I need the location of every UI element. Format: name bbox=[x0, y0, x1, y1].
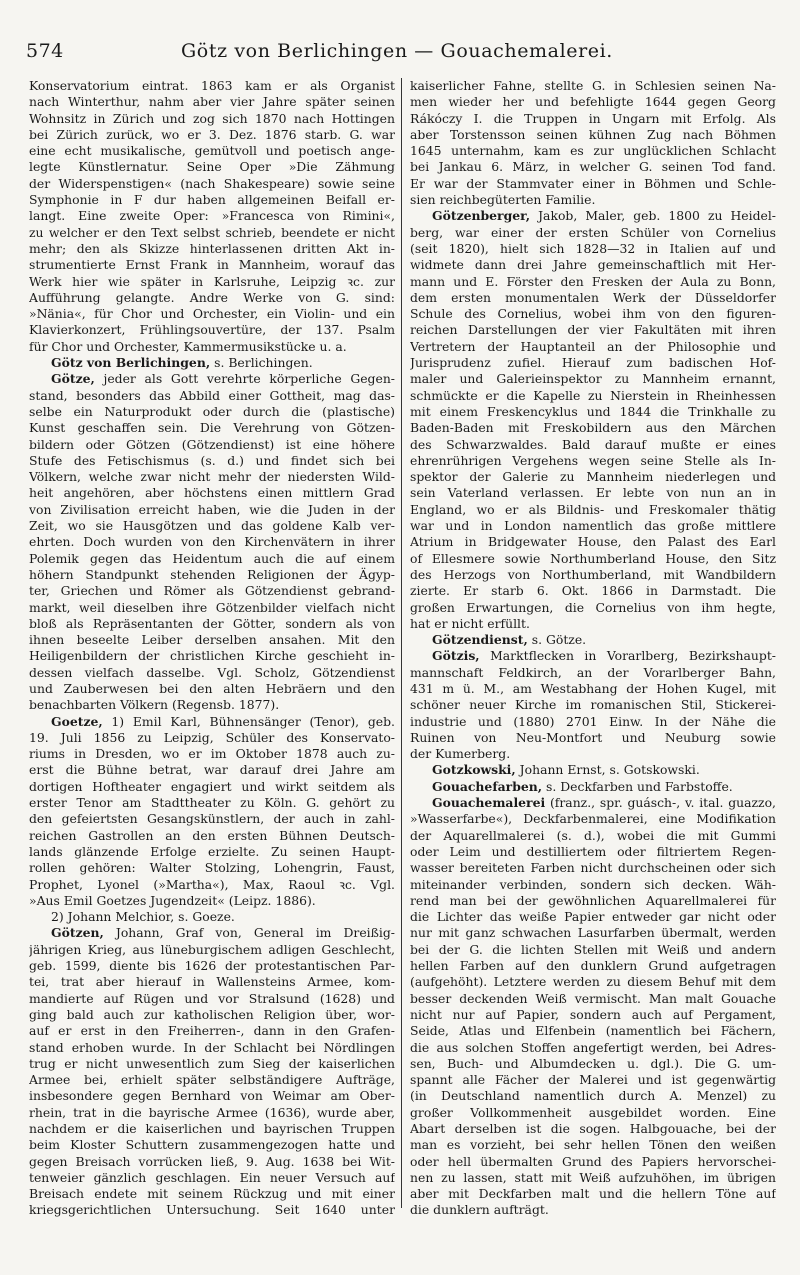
text-line: schmückte er die Kapelle zu Nierstein in… bbox=[410, 388, 776, 404]
line-text: trug er nicht unwesentlich zum Sieg der … bbox=[29, 1056, 395, 1071]
line-text: tenweier gänzlich geschlagen. Ein neuer … bbox=[29, 1170, 395, 1185]
line-text: höhern Standpunkt stehenden Religionen d… bbox=[29, 567, 395, 582]
line-text: of Ellesmere sowie Northumberland House,… bbox=[410, 551, 776, 566]
line-text: Breisach endete mit seinem Rückzug und m… bbox=[29, 1186, 395, 1201]
text-line: ging bald auch zur katholischen Religion… bbox=[29, 1007, 395, 1023]
line-text: gegen Breisach vorrücken ließ, 9. Aug. 1… bbox=[29, 1154, 395, 1169]
line-text: Kunst geschaffen sein. Die Verehrung von… bbox=[29, 420, 395, 435]
line-text: bei Zürich zurück, wo er 3. Dez. 1876 st… bbox=[29, 127, 395, 142]
line-text: benachbarten Völkern (Regensb. 1877). bbox=[29, 697, 279, 712]
text-line: eine echt musikalische, gemütvoll und po… bbox=[29, 143, 395, 159]
line-text: lands glänzende Erfolge erzielte. Zu sei… bbox=[29, 844, 395, 859]
text-line: tei, trat aber hierauf in Wallensteins A… bbox=[29, 974, 395, 990]
line-text: Prophet, Lyonel (»Martha«), Max, Raoul ꝛ… bbox=[29, 877, 395, 892]
line-text: nur mit ganz schwachen Lasurfarben überm… bbox=[410, 925, 776, 940]
text-line: nen zu lassen, statt mit Weiß aufzuhöhen… bbox=[410, 1170, 776, 1186]
line-text: s. Götze. bbox=[528, 632, 586, 647]
text-line: großen Erwartungen, die Cornelius von ih… bbox=[410, 600, 776, 616]
entry-headword: Götzis, bbox=[432, 648, 480, 663]
line-text: Konservatorium eintrat. 1863 kam er als … bbox=[29, 78, 395, 93]
line-text: Symphonie in F dur haben allgemeinen Bei… bbox=[29, 192, 395, 207]
line-text: ehrten. Doch wurden von den Kirchenväter… bbox=[29, 534, 395, 549]
line-text: Wohnsitz in Zürich und zog sich 1870 nac… bbox=[29, 111, 395, 126]
line-text: (aufgehöht). Letztere werden zu diesem B… bbox=[410, 974, 776, 989]
text-line: aber Torstensson seinen kühnen Zug nach … bbox=[410, 127, 776, 143]
line-text: auf er erst in den Freiherren-, dann in … bbox=[29, 1023, 395, 1038]
text-line: 19. Juli 1856 zu Leipzig, Schüler des Ko… bbox=[29, 730, 395, 746]
text-line: Rákóczy I. die Truppen in Ungarn mit Erf… bbox=[410, 111, 776, 127]
line-text: insbesondere gegen Bernhard von Weimar a… bbox=[29, 1088, 395, 1103]
text-line: 2) Johann Melchior, s. Goeze. bbox=[29, 909, 395, 925]
line-text: mannschaft Feldkirch, an der Vorarlberge… bbox=[410, 665, 776, 680]
line-text: bildern oder Götzen (Götzendienst) ist e… bbox=[29, 437, 395, 452]
line-text: heit angehören, aber höchstens einen mit… bbox=[29, 485, 395, 500]
text-line: zu welcher er den Text selbst schrieb, b… bbox=[29, 225, 395, 241]
entry-headword: Götzenberger, bbox=[432, 208, 530, 223]
text-line: lands glänzende Erfolge erzielte. Zu sei… bbox=[29, 844, 395, 860]
line-text: den gefeiertsten Gesangskünstlern, der a… bbox=[29, 811, 395, 826]
text-line: men wieder her und befehligte 1644 gegen… bbox=[410, 94, 776, 110]
text-line: riums in Dresden, wo er im Oktober 1878 … bbox=[29, 746, 395, 762]
text-line: England, wo er als Bildnis- und Freskoma… bbox=[410, 502, 776, 518]
text-line: die Lichter das weiße Papier entweder ga… bbox=[410, 909, 776, 925]
line-text: 1645 unternahm, kam es zur unglücklichen… bbox=[410, 143, 776, 158]
line-text: großer Vollkommenheit ausgebildet worden… bbox=[410, 1105, 776, 1120]
text-line: dessen vielfach dasselbe. Vgl. Scholz, G… bbox=[29, 665, 395, 681]
text-line: Kunst geschaffen sein. Die Verehrung von… bbox=[29, 420, 395, 436]
text-line: »Wasserfarbe«), Deckfarbenmalerei, eine … bbox=[410, 811, 776, 827]
text-line: berg, war einer der ersten Schüler von C… bbox=[410, 225, 776, 241]
line-text: s. Berlichingen. bbox=[210, 355, 313, 370]
line-text: war und in London namentlich das große m… bbox=[410, 518, 776, 533]
text-line: höhern Standpunkt stehenden Religionen d… bbox=[29, 567, 395, 583]
line-text: Abart derselben ist die sogen. Halbgouac… bbox=[410, 1121, 776, 1136]
text-line: mandierte auf Rügen und vor Stralsund (1… bbox=[29, 991, 395, 1007]
text-line: mannschaft Feldkirch, an der Vorarlberge… bbox=[410, 665, 776, 681]
line-text: Johann Ernst, s. Gotskowski. bbox=[516, 762, 700, 777]
line-text: »Nänia«, für Chor und Orchester, ein Vio… bbox=[29, 306, 395, 321]
line-text: aber mit Deckfarben malt und die hellern… bbox=[410, 1186, 776, 1201]
text-line: stand, besonders das Abbild einer Gotthe… bbox=[29, 388, 395, 404]
text-line: Zeit, wo sie Hausgötzen und das goldene … bbox=[29, 518, 395, 534]
line-text: jeder als Gott verehrte körperliche Gege… bbox=[95, 371, 395, 386]
text-line: der Kumerberg. bbox=[410, 746, 776, 762]
text-line: war und in London namentlich das große m… bbox=[410, 518, 776, 534]
line-text: bloß als Repräsentanten der Götter, sond… bbox=[29, 616, 395, 631]
line-text: sien reichbegüterten Familie. bbox=[410, 192, 595, 207]
line-text: spektor der Galerie zu Mannheim niederle… bbox=[410, 469, 776, 484]
line-text: England, wo er als Bildnis- und Freskoma… bbox=[410, 502, 776, 517]
text-line: ihnen beseelte Leiber derselben ansahen.… bbox=[29, 632, 395, 648]
line-text: miteinander verbinden, sondern sich deck… bbox=[410, 877, 776, 892]
line-text: besser deckenden Weiß vermischt. Man mal… bbox=[410, 991, 776, 1006]
line-text: tei, trat aber hierauf in Wallensteins A… bbox=[29, 974, 395, 989]
line-text: aber Torstensson seinen kühnen Zug nach … bbox=[410, 127, 776, 142]
line-text: »Aus Emil Goetzes Jugendzeit« (Leipz. 18… bbox=[29, 893, 316, 908]
line-text: riums in Dresden, wo er im Oktober 1878 … bbox=[29, 746, 395, 761]
line-text: schöner neuer Kirche im romanischen Stil… bbox=[410, 697, 776, 712]
text-line: reichen Darstellungen der vier Fakultäte… bbox=[410, 322, 776, 338]
line-text: »Wasserfarbe«), Deckfarbenmalerei, eine … bbox=[410, 811, 776, 826]
text-line: Seide, Atlas und Elfenbein (namentlich b… bbox=[410, 1023, 776, 1039]
text-line: Ruinen von Neu-Montfort und Neuburg sowi… bbox=[410, 730, 776, 746]
text-line: spannt alle Fächer der Malerei und ist g… bbox=[410, 1072, 776, 1088]
text-line: 1645 unternahm, kam es zur unglücklichen… bbox=[410, 143, 776, 159]
line-text: 2) Johann Melchior, s. Goeze. bbox=[51, 909, 235, 924]
text-line: bei der G. die lichten Stellen mit Weiß … bbox=[410, 942, 776, 958]
text-line: insbesondere gegen Bernhard von Weimar a… bbox=[29, 1088, 395, 1104]
text-line: (aufgehöht). Letztere werden zu diesem B… bbox=[410, 974, 776, 990]
line-text: ehrenrührigen Vergehens wegen seine Stel… bbox=[410, 453, 776, 468]
line-text: zierte. Er starb 6. Okt. 1866 in Darmsta… bbox=[410, 583, 776, 598]
line-text: Ruinen von Neu-Montfort und Neuburg sowi… bbox=[410, 730, 776, 745]
entry-line: Gouachefarben, s. Deckfarben und Farbsto… bbox=[410, 779, 776, 795]
entry-line: Götz von Berlichingen, s. Berlichingen. bbox=[29, 355, 395, 371]
text-line: Symphonie in F dur haben allgemeinen Bei… bbox=[29, 192, 395, 208]
text-line: beim Kloster Schuttern zusammengezogen h… bbox=[29, 1137, 395, 1153]
text-line: trug er nicht unwesentlich zum Sieg der … bbox=[29, 1056, 395, 1072]
line-text: ging bald auch zur katholischen Religion… bbox=[29, 1007, 395, 1022]
entry-headword: Götz von Berlichingen, bbox=[51, 355, 210, 370]
entry-line: Götzis, Marktflecken in Vorarlberg, Bezi… bbox=[410, 648, 776, 664]
text-line: von Zivilisation erreicht haben, wie die… bbox=[29, 502, 395, 518]
text-line: Werk hier wie später in Karlsruhe, Leipz… bbox=[29, 274, 395, 290]
line-text: der Widerspenstigen« (nach Shakespeare) … bbox=[29, 176, 395, 191]
line-text: reichen Darstellungen der vier Fakultäte… bbox=[410, 322, 776, 337]
text-line: die dunklern aufträgt. bbox=[410, 1202, 776, 1218]
text-line: Konservatorium eintrat. 1863 kam er als … bbox=[29, 78, 395, 94]
line-text: (in Deutschland namentlich durch A. Menz… bbox=[410, 1088, 776, 1103]
text-line: Völkern, welche zwar nicht mehr der nied… bbox=[29, 469, 395, 485]
line-text: sen, Buch- und Albumdecken u. dgl.). Die… bbox=[410, 1056, 776, 1071]
line-text: reichen Gastrollen an den ersten Bühnen … bbox=[29, 828, 395, 843]
line-text: Er war der Stammvater einer in Böhmen un… bbox=[410, 176, 776, 191]
entry-line: Gouachemalerei (franz., spr. guásch-, v.… bbox=[410, 795, 776, 811]
line-text: Klavierkonzert, Frühlingsouvertüre, der … bbox=[29, 322, 395, 337]
text-line: wasser bereiteten Farben nicht durchsche… bbox=[410, 860, 776, 876]
line-text: s. Deckfarben und Farbstoffe. bbox=[542, 779, 733, 794]
entry-headword: Götzendienst, bbox=[432, 632, 528, 647]
text-line: mann und E. Förster den Fresken der Aula… bbox=[410, 274, 776, 290]
line-text: Zeit, wo sie Hausgötzen und das goldene … bbox=[29, 518, 395, 533]
text-line: reichen Gastrollen an den ersten Bühnen … bbox=[29, 828, 395, 844]
line-text: Baden-Baden mit Freskobildern aus den Mä… bbox=[410, 420, 776, 435]
line-text: 1) Emil Karl, Bühnensänger (Tenor), geb. bbox=[103, 714, 395, 729]
text-line: Prophet, Lyonel (»Martha«), Max, Raoul ꝛ… bbox=[29, 877, 395, 893]
text-line: benachbarten Völkern (Regensb. 1877). bbox=[29, 697, 395, 713]
line-text: der Aquarellmalerei (s. d.), wobei die m… bbox=[410, 828, 776, 843]
line-text: Stufe des Fetischismus (s. d.) und finde… bbox=[29, 453, 395, 468]
line-text: Jurisprudenz zufiel. Hierauf zum badisch… bbox=[410, 355, 776, 370]
line-text: rhein, trat in die bayrische Armee (1636… bbox=[29, 1105, 395, 1120]
text-line: man es vorzieht, bei sehr hellen Tönen d… bbox=[410, 1137, 776, 1153]
line-text: Aufführung gelangte. Andre Werke von G. … bbox=[29, 290, 395, 305]
text-line: of Ellesmere sowie Northumberland House,… bbox=[410, 551, 776, 567]
text-line: erst die Bühne betrat, war darauf drei J… bbox=[29, 762, 395, 778]
text-line: industrie und (1880) 2701 Einw. In der N… bbox=[410, 714, 776, 730]
line-text: nen zu lassen, statt mit Weiß aufzuhöhen… bbox=[410, 1170, 776, 1185]
text-line: langt. Eine zweite Oper: »Francesca von … bbox=[29, 208, 395, 224]
text-line: ehrenrührigen Vergehens wegen seine Stel… bbox=[410, 453, 776, 469]
text-line: des Schwarzwaldes. Bald darauf mußte er … bbox=[410, 437, 776, 453]
line-text: kriegsgerichtlichen Untersuchung. Seit 1… bbox=[29, 1202, 395, 1217]
text-line: besser deckenden Weiß vermischt. Man mal… bbox=[410, 991, 776, 1007]
line-text: rollen gehören: Walter Stolzing, Lohengr… bbox=[29, 860, 395, 875]
text-line: spektor der Galerie zu Mannheim niederle… bbox=[410, 469, 776, 485]
text-line: legte Künstlernatur. Seine Oper »Die Zäh… bbox=[29, 159, 395, 175]
line-text: dortigen Hoftheater engagiert und wirkt … bbox=[29, 779, 395, 794]
line-text: selbe ein Naturprodukt oder durch die (p… bbox=[29, 404, 395, 419]
line-text: men wieder her und befehligte 1644 gegen… bbox=[410, 94, 776, 109]
line-text: Seide, Atlas und Elfenbein (namentlich b… bbox=[410, 1023, 776, 1038]
text-line: Vertretern der Hauptanteil an der Philos… bbox=[410, 339, 776, 355]
text-line: sen, Buch- und Albumdecken u. dgl.). Die… bbox=[410, 1056, 776, 1072]
text-line: sein Vaterland verlassen. Er lebte von n… bbox=[410, 485, 776, 501]
line-text: (seit 1820), hielt sich 1828—32 in Itali… bbox=[410, 241, 776, 256]
line-text: Völkern, welche zwar nicht mehr der nied… bbox=[29, 469, 395, 484]
text-line: geb. 1599, diente bis 1626 der protestan… bbox=[29, 958, 395, 974]
text-line: Abart derselben ist die sogen. Halbgouac… bbox=[410, 1121, 776, 1137]
text-line: mit einem Freskencyklus und 1844 die Tri… bbox=[410, 404, 776, 420]
text-line: widmete dann drei Jahre gemeinschaftlich… bbox=[410, 257, 776, 273]
line-text: eine echt musikalische, gemütvoll und po… bbox=[29, 143, 395, 158]
line-text: erster Tenor am Stadttheater zu Köln. G.… bbox=[29, 795, 395, 810]
line-text: des Herzogs von Northumberland, mit Wand… bbox=[410, 567, 776, 582]
text-line: hellen Farben auf den dunklern Grund auf… bbox=[410, 958, 776, 974]
text-line: 431 m ü. M., am Westabhang der Hohen Kug… bbox=[410, 681, 776, 697]
page-header: 574 Götz von Berlichingen — Gouachemaler… bbox=[26, 40, 768, 64]
line-text: 19. Juli 1856 zu Leipzig, Schüler des Ko… bbox=[29, 730, 395, 745]
text-line: nicht nur auf Papier, sondern auch auf P… bbox=[410, 1007, 776, 1023]
encyclopedia-page: 574 Götz von Berlichingen — Gouachemaler… bbox=[0, 0, 800, 1275]
line-text: wasser bereiteten Farben nicht durchsche… bbox=[410, 860, 776, 875]
line-text: Rákóczy I. die Truppen in Ungarn mit Erf… bbox=[410, 111, 776, 126]
text-line: kriegsgerichtlichen Untersuchung. Seit 1… bbox=[29, 1202, 395, 1218]
line-text: maler und Galerieinspektor zu Mannheim e… bbox=[410, 371, 776, 386]
text-line: »Nänia«, für Chor und Orchester, ein Vio… bbox=[29, 306, 395, 322]
text-line: Heiligenbildern der christlichen Kirche … bbox=[29, 648, 395, 664]
line-text: geb. 1599, diente bis 1626 der protestan… bbox=[29, 958, 395, 973]
text-line: Jurisprudenz zufiel. Hierauf zum badisch… bbox=[410, 355, 776, 371]
line-text: zu welcher er den Text selbst schrieb, b… bbox=[29, 225, 395, 240]
line-text: mann und E. Förster den Fresken der Aula… bbox=[410, 274, 776, 289]
entry-headword: Götzen, bbox=[51, 925, 104, 940]
line-text: des Schwarzwaldes. Bald darauf mußte er … bbox=[410, 437, 776, 452]
line-text: dem ersten monumentalen Werk der Düsseld… bbox=[410, 290, 776, 305]
text-line: Klavierkonzert, Frühlingsouvertüre, der … bbox=[29, 322, 395, 338]
line-text: Heiligenbildern der christlichen Kirche … bbox=[29, 648, 395, 663]
text-line: Er war der Stammvater einer in Böhmen un… bbox=[410, 176, 776, 192]
line-text: strumentierte Ernst Frank in Mannheim, w… bbox=[29, 257, 395, 272]
entry-headword: Gouachemalerei bbox=[432, 795, 545, 810]
entry-line: Götzen, Johann, Graf von, General im Dre… bbox=[29, 925, 395, 941]
text-line: Aufführung gelangte. Andre Werke von G. … bbox=[29, 290, 395, 306]
line-text: Werk hier wie später in Karlsruhe, Leipz… bbox=[29, 274, 395, 289]
line-text: mehr; den als Skizze hinterlassenen drit… bbox=[29, 241, 395, 256]
line-text: widmete dann drei Jahre gemeinschaftlich… bbox=[410, 257, 776, 272]
entry-headword: Gotzkowski, bbox=[432, 762, 516, 777]
text-line: Stufe des Fetischismus (s. d.) und finde… bbox=[29, 453, 395, 469]
text-line: dortigen Hoftheater engagiert und wirkt … bbox=[29, 779, 395, 795]
text-line: Baden-Baden mit Freskobildern aus den Mä… bbox=[410, 420, 776, 436]
line-text: ihnen beseelte Leiber derselben ansahen.… bbox=[29, 632, 395, 647]
line-text: schmückte er die Kapelle zu Nierstein in… bbox=[410, 388, 776, 403]
entry-line: Götzendienst, s. Götze. bbox=[410, 632, 776, 648]
text-line: oder Leim und destilliertem oder filtrie… bbox=[410, 844, 776, 860]
text-line: jährigen Krieg, aus lüneburgischem adlig… bbox=[29, 942, 395, 958]
right-column: kaiserlicher Fahne, stellte G. in Schles… bbox=[410, 78, 776, 1219]
line-text: 431 m ü. M., am Westabhang der Hohen Kug… bbox=[410, 681, 776, 696]
line-text: sein Vaterland verlassen. Er lebte von n… bbox=[410, 485, 776, 500]
text-line: ehrten. Doch wurden von den Kirchenväter… bbox=[29, 534, 395, 550]
line-text: Vertretern der Hauptanteil an der Philos… bbox=[410, 339, 776, 354]
line-text: berg, war einer der ersten Schüler von C… bbox=[410, 225, 776, 240]
line-text: hellen Farben auf den dunklern Grund auf… bbox=[410, 958, 776, 973]
text-line: sien reichbegüterten Familie. bbox=[410, 192, 776, 208]
line-text: von Zivilisation erreicht haben, wie die… bbox=[29, 502, 395, 517]
text-line: ter, Griechen und Römer als Götzendienst… bbox=[29, 583, 395, 599]
line-text: markt, weil dieselben ihre Götzenbilder … bbox=[29, 600, 395, 615]
text-line: rollen gehören: Walter Stolzing, Lohengr… bbox=[29, 860, 395, 876]
text-line: (seit 1820), hielt sich 1828—32 in Itali… bbox=[410, 241, 776, 257]
line-text: die aus solchen Stoffen angefertigt werd… bbox=[410, 1040, 776, 1055]
text-line: nur mit ganz schwachen Lasurfarben überm… bbox=[410, 925, 776, 941]
line-text: für Chor und Orchester, Kammermusikstück… bbox=[29, 339, 347, 354]
line-text: beim Kloster Schuttern zusammengezogen h… bbox=[29, 1137, 395, 1152]
line-text: spannt alle Fächer der Malerei und ist g… bbox=[410, 1072, 776, 1087]
line-text: (franz., spr. guásch-, v. ital. guazzo, bbox=[545, 795, 776, 810]
line-text: bei der G. die lichten Stellen mit Weiß … bbox=[410, 942, 776, 957]
text-line: miteinander verbinden, sondern sich deck… bbox=[410, 877, 776, 893]
line-text: Marktflecken in Vorarlberg, Bezirkshaupt… bbox=[480, 648, 776, 663]
text-line: Schule des Cornelius, wobei ihm von den … bbox=[410, 306, 776, 322]
text-line: Armee bei, erhielt später selbständigere… bbox=[29, 1072, 395, 1088]
text-line: »Aus Emil Goetzes Jugendzeit« (Leipz. 18… bbox=[29, 893, 395, 909]
text-line: stand erhoben wurde. In der Schlacht bei… bbox=[29, 1040, 395, 1056]
column-divider bbox=[401, 78, 402, 1208]
text-line: bei Jankau 6. März, in welcher G. seinen… bbox=[410, 159, 776, 175]
text-line: Polemik gegen das Heidentum auch die auf… bbox=[29, 551, 395, 567]
line-text: großen Erwartungen, die Cornelius von ih… bbox=[410, 600, 776, 615]
text-line: des Herzogs von Northumberland, mit Wand… bbox=[410, 567, 776, 583]
text-line: der Widerspenstigen« (nach Shakespeare) … bbox=[29, 176, 395, 192]
text-line: (in Deutschland namentlich durch A. Menz… bbox=[410, 1088, 776, 1104]
line-text: oder Leim und destilliertem oder filtrie… bbox=[410, 844, 776, 859]
line-text: Polemik gegen das Heidentum auch die auf… bbox=[29, 551, 395, 566]
line-text: Armee bei, erhielt später selbständigere… bbox=[29, 1072, 395, 1087]
text-line: strumentierte Ernst Frank in Mannheim, w… bbox=[29, 257, 395, 273]
text-line: auf er erst in den Freiherren-, dann in … bbox=[29, 1023, 395, 1039]
left-column: Konservatorium eintrat. 1863 kam er als … bbox=[29, 78, 395, 1219]
text-line: bei Zürich zurück, wo er 3. Dez. 1876 st… bbox=[29, 127, 395, 143]
text-line: den gefeiertsten Gesangskünstlern, der a… bbox=[29, 811, 395, 827]
line-text: Atrium in Bridgewater House, den Palast … bbox=[410, 534, 776, 549]
line-text: hat er nicht erfüllt. bbox=[410, 616, 530, 631]
text-line: dem ersten monumentalen Werk der Düsseld… bbox=[410, 290, 776, 306]
text-line: nachdem er die kaiserlichen und bayrisch… bbox=[29, 1121, 395, 1137]
text-line: selbe ein Naturprodukt oder durch die (p… bbox=[29, 404, 395, 420]
text-line: aber mit Deckfarben malt und die hellern… bbox=[410, 1186, 776, 1202]
text-line: und Zauberwesen bei den alten Hebräern u… bbox=[29, 681, 395, 697]
line-text: mandierte auf Rügen und vor Stralsund (1… bbox=[29, 991, 395, 1006]
line-text: kaiserlicher Fahne, stellte G. in Schles… bbox=[410, 78, 776, 93]
text-line: großer Vollkommenheit ausgebildet worden… bbox=[410, 1105, 776, 1121]
line-text: mit einem Freskencyklus und 1844 die Tri… bbox=[410, 404, 776, 419]
line-text: rend man bei der gewöhnlichen Aquarellma… bbox=[410, 893, 776, 908]
line-text: Johann, Graf von, General im Dreißig- bbox=[104, 925, 395, 940]
line-text: jährigen Krieg, aus lüneburgischem adlig… bbox=[29, 942, 395, 957]
text-line: für Chor und Orchester, Kammermusikstück… bbox=[29, 339, 395, 355]
text-line: zierte. Er starb 6. Okt. 1866 in Darmsta… bbox=[410, 583, 776, 599]
line-text: legte Künstlernatur. Seine Oper »Die Zäh… bbox=[29, 159, 395, 174]
entry-headword: Goetze, bbox=[51, 714, 103, 729]
text-line: Breisach endete mit seinem Rückzug und m… bbox=[29, 1186, 395, 1202]
running-title: Götz von Berlichingen — Gouachemalerei. bbox=[26, 40, 768, 62]
line-text: nicht nur auf Papier, sondern auch auf P… bbox=[410, 1007, 776, 1022]
text-line: die aus solchen Stoffen angefertigt werd… bbox=[410, 1040, 776, 1056]
entry-line: Götzenberger, Jakob, Maler, geb. 1800 zu… bbox=[410, 208, 776, 224]
text-line: rend man bei der gewöhnlichen Aquarellma… bbox=[410, 893, 776, 909]
line-text: die dunklern aufträgt. bbox=[410, 1202, 549, 1217]
entry-line: Götze, jeder als Gott verehrte körperlic… bbox=[29, 371, 395, 387]
text-line: nach Winterthur, nahm aber vier Jahre sp… bbox=[29, 94, 395, 110]
text-line: heit angehören, aber höchstens einen mit… bbox=[29, 485, 395, 501]
line-text: Schule des Cornelius, wobei ihm von den … bbox=[410, 306, 776, 321]
line-text: nachdem er die kaiserlichen und bayrisch… bbox=[29, 1121, 395, 1136]
text-line: Wohnsitz in Zürich und zog sich 1870 nac… bbox=[29, 111, 395, 127]
line-text: die Lichter das weiße Papier entweder ga… bbox=[410, 909, 776, 924]
line-text: Jakob, Maler, geb. 1800 zu Heidel- bbox=[530, 208, 776, 223]
text-line: maler und Galerieinspektor zu Mannheim e… bbox=[410, 371, 776, 387]
line-text: man es vorzieht, bei sehr hellen Tönen d… bbox=[410, 1137, 776, 1152]
text-line: kaiserlicher Fahne, stellte G. in Schles… bbox=[410, 78, 776, 94]
text-line: oder hell übermalten Grund des Papiers h… bbox=[410, 1154, 776, 1170]
text-line: bildern oder Götzen (Götzendienst) ist e… bbox=[29, 437, 395, 453]
entry-headword: Gouachefarben, bbox=[432, 779, 542, 794]
entry-headword: Götze, bbox=[51, 371, 95, 386]
text-line: schöner neuer Kirche im romanischen Stil… bbox=[410, 697, 776, 713]
line-text: und Zauberwesen bei den alten Hebräern u… bbox=[29, 681, 395, 696]
text-line: hat er nicht erfüllt. bbox=[410, 616, 776, 632]
text-line: bloß als Repräsentanten der Götter, sond… bbox=[29, 616, 395, 632]
line-text: langt. Eine zweite Oper: »Francesca von … bbox=[29, 208, 395, 223]
line-text: stand erhoben wurde. In der Schlacht bei… bbox=[29, 1040, 395, 1055]
text-line: rhein, trat in die bayrische Armee (1636… bbox=[29, 1105, 395, 1121]
line-text: der Kumerberg. bbox=[410, 746, 510, 761]
line-text: industrie und (1880) 2701 Einw. In der N… bbox=[410, 714, 776, 729]
line-text: ter, Griechen und Römer als Götzendienst… bbox=[29, 583, 395, 598]
line-text: erst die Bühne betrat, war darauf drei J… bbox=[29, 762, 395, 777]
line-text: oder hell übermalten Grund des Papiers h… bbox=[410, 1154, 776, 1169]
text-line: mehr; den als Skizze hinterlassenen drit… bbox=[29, 241, 395, 257]
text-line: tenweier gänzlich geschlagen. Ein neuer … bbox=[29, 1170, 395, 1186]
line-text: nach Winterthur, nahm aber vier Jahre sp… bbox=[29, 94, 395, 109]
entry-line: Goetze, 1) Emil Karl, Bühnensänger (Teno… bbox=[29, 714, 395, 730]
text-line: gegen Breisach vorrücken ließ, 9. Aug. 1… bbox=[29, 1154, 395, 1170]
text-line: erster Tenor am Stadttheater zu Köln. G.… bbox=[29, 795, 395, 811]
text-line: der Aquarellmalerei (s. d.), wobei die m… bbox=[410, 828, 776, 844]
line-text: stand, besonders das Abbild einer Gotthe… bbox=[29, 388, 395, 403]
text-line: markt, weil dieselben ihre Götzenbilder … bbox=[29, 600, 395, 616]
line-text: bei Jankau 6. März, in welcher G. seinen… bbox=[410, 159, 776, 174]
text-line: Atrium in Bridgewater House, den Palast … bbox=[410, 534, 776, 550]
entry-line: Gotzkowski, Johann Ernst, s. Gotskowski. bbox=[410, 762, 776, 778]
line-text: dessen vielfach dasselbe. Vgl. Scholz, G… bbox=[29, 665, 395, 680]
